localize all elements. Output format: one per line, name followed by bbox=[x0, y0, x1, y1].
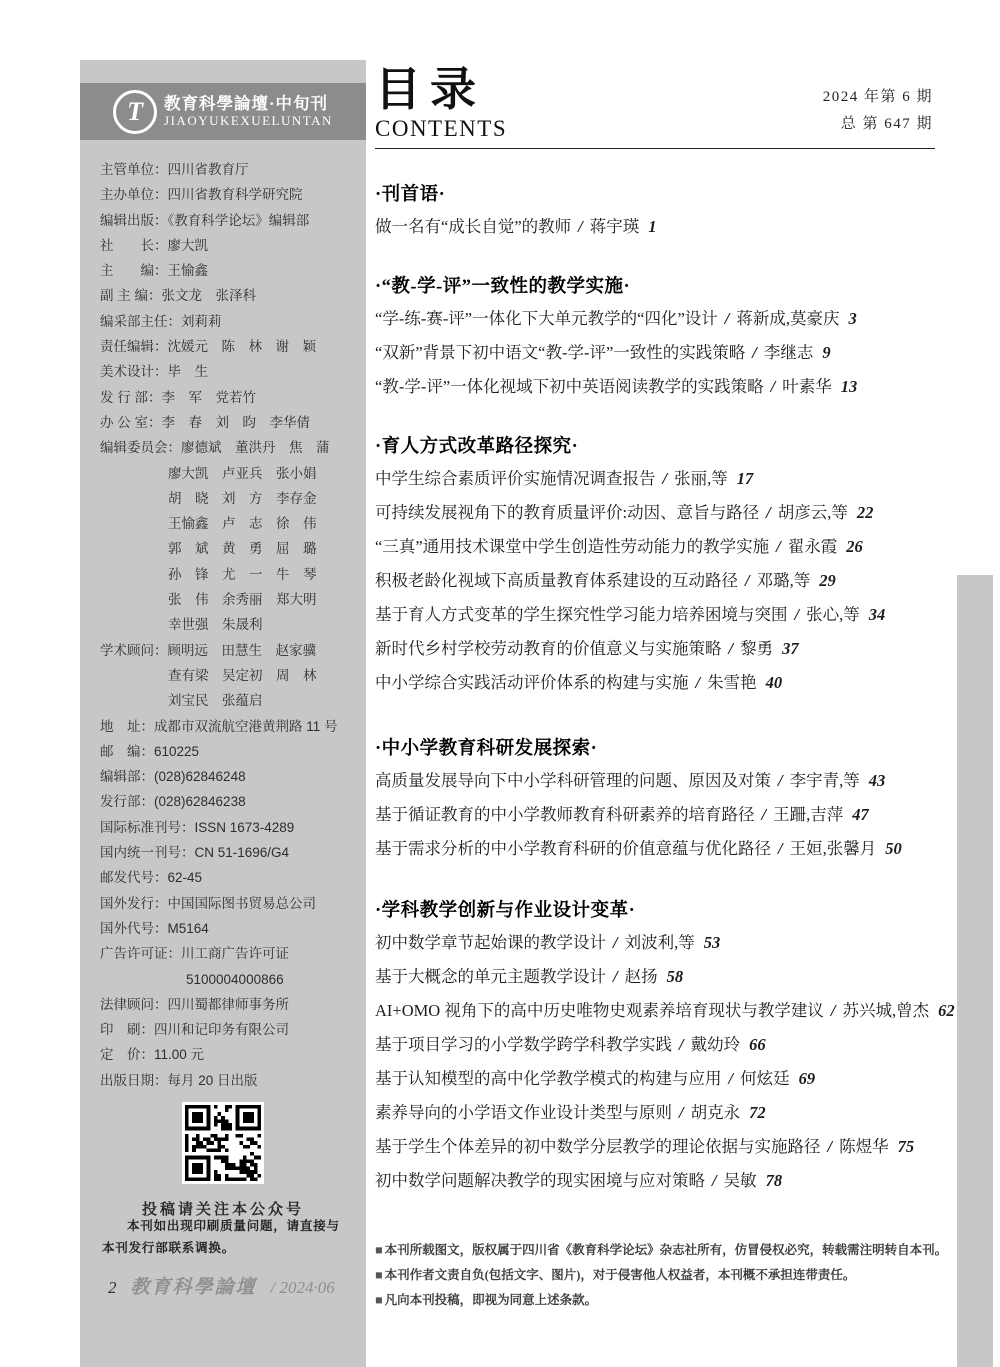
info-line: 张 伟 余秀丽 郑大明 bbox=[100, 587, 358, 612]
section-heading: ·学科教学创新与作业设计变革· bbox=[375, 896, 935, 926]
article-page-number: 58 bbox=[667, 967, 684, 986]
issue-info: 2024 年第 6 期 总 第 647 期 bbox=[823, 84, 933, 138]
info-line: 胡 晓 刘 方 李存金 bbox=[100, 486, 358, 511]
article-page-number: 34 bbox=[869, 605, 886, 624]
article-title: 做一名有“成长自觉”的教师 bbox=[375, 217, 571, 236]
toc-article: 基于学生个体差异的初中数学分层教学的理论依据与实施路径/陈煜华75 bbox=[375, 1130, 935, 1164]
info-line: 国外发行：中国国际图书贸易总公司 bbox=[100, 891, 358, 916]
article-authors: 何炫廷 bbox=[740, 1069, 790, 1088]
article-authors: 王跚,吉萍 bbox=[773, 805, 843, 824]
article-authors: 苏兴城,曾杰 bbox=[842, 1001, 929, 1020]
article-authors: 朱雪艳 bbox=[707, 673, 757, 692]
title-author-separator: / bbox=[578, 217, 583, 236]
article-authors: 张心,等 bbox=[806, 605, 860, 624]
notice-line: ■本刊作者文责自负(包括文字、图片)，对于侵害他人权益者，本刊概不承担连带责任。 bbox=[375, 1263, 935, 1288]
article-page-number: 9 bbox=[822, 343, 830, 362]
toc-article: AI+OMO 视角下的高中历史唯物史观素养培育现状与教学建议/苏兴城,曾杰62 bbox=[375, 994, 935, 1028]
info-line: 国内统一刊号：CN 51-1696/G4 bbox=[100, 840, 358, 865]
title-author-separator: / bbox=[831, 1001, 836, 1020]
info-line: 王愉鑫 卢 志 徐 伟 bbox=[100, 511, 358, 536]
article-page-number: 13 bbox=[841, 377, 858, 396]
info-line: 办 公 室：李 春 刘 昀 李华倩 bbox=[100, 410, 358, 435]
info-line: 邮发代号：62-45 bbox=[100, 865, 358, 890]
qr-code bbox=[185, 1105, 261, 1181]
article-title: 高质量发展导向下中小学科研管理的问题、原因及对策 bbox=[375, 771, 771, 790]
square-bullet-icon: ■ bbox=[375, 1268, 383, 1282]
info-line: 主管单位：四川省教育厅 bbox=[100, 157, 358, 182]
title-author-separator: / bbox=[776, 537, 781, 556]
article-title: 素养导向的小学语文作业设计类型与原则 bbox=[375, 1103, 672, 1122]
info-line: 邮 编：610225 bbox=[100, 739, 358, 764]
info-line: 主 编：王愉鑫 bbox=[100, 258, 358, 283]
title-author-separator: / bbox=[613, 967, 618, 986]
qr-block: 投稿请关注本公众号 bbox=[80, 1102, 366, 1219]
title-author-separator: / bbox=[778, 771, 783, 790]
article-title: 基于育人方式变革的学生探究性学习能力培养困境与突围 bbox=[375, 605, 788, 624]
toc-article: 基于认知模型的高中化学教学模式的构建与应用/何炫廷69 bbox=[375, 1062, 935, 1096]
info-line: 地 址：成都市双流航空港黄荆路 11 号 bbox=[100, 714, 358, 739]
info-line: 出版日期：每月 20 日出版 bbox=[100, 1068, 358, 1093]
article-authors: 戴幼玲 bbox=[691, 1035, 741, 1054]
info-line: 主办单位：四川省教育科学研究院 bbox=[100, 182, 358, 207]
toc-section: ·中小学教育科研发展探索·高质量发展导向下中小学科研管理的问题、原因及对策/李宇… bbox=[375, 734, 935, 866]
info-line: 印 刷：四川和记印务有限公司 bbox=[100, 1017, 358, 1042]
title-author-separator: / bbox=[725, 309, 730, 328]
info-line: 国外代号：M5164 bbox=[100, 916, 358, 941]
article-page-number: 62 bbox=[938, 1001, 955, 1020]
article-page-number: 78 bbox=[766, 1171, 783, 1190]
toc-article: 基于大概念的单元主题教学设计/赵扬58 bbox=[375, 960, 935, 994]
footer-issue: / 2024·06 bbox=[271, 1278, 335, 1298]
toc-article: 基于需求分析的中小学教育科研的价值意蕴与优化路径/王姮,张馨月50 bbox=[375, 832, 935, 866]
toc-article: 基于育人方式变革的学生探究性学习能力培养困境与突围/张心,等34 bbox=[375, 598, 935, 632]
toc-article: 可持续发展视角下的教育质量评价:动因、意旨与路径/胡彦云,等22 bbox=[375, 496, 935, 530]
journal-toc-page: { "masthead": { "logo_glyph": "T", "titl… bbox=[0, 0, 1000, 1367]
article-authors: 李继志 bbox=[764, 343, 814, 362]
title-author-separator: / bbox=[771, 377, 776, 396]
table-of-contents: 目录 CONTENTS 2024 年第 6 期 总 第 647 期 ·刊首语·做… bbox=[375, 60, 935, 1313]
article-title: 初中数学问题解决教学的现实困境与应对策略 bbox=[375, 1171, 705, 1190]
info-line: 发行部：(028)62846238 bbox=[100, 789, 358, 814]
article-page-number: 43 bbox=[869, 771, 886, 790]
info-line: 法律顾问：四川蜀都律师事务所 bbox=[100, 992, 358, 1017]
info-line: 学术顾问：顾明远 田慧生 赵家骥 bbox=[100, 638, 358, 663]
notice-line: ■凡向本刊投稿，即视为同意上述条款。 bbox=[375, 1288, 935, 1313]
article-authors: 翟永霞 bbox=[788, 537, 838, 556]
toc-header: 目录 CONTENTS 2024 年第 6 期 总 第 647 期 bbox=[375, 60, 935, 149]
toc-section: ·育人方式改革路径探究·中学生综合素质评价实施情况调查报告/张丽,等17可持续发… bbox=[375, 432, 935, 700]
article-page-number: 53 bbox=[704, 933, 721, 952]
toc-article: 积极老龄化视域下高质量教育体系建设的互动路径/邓璐,等29 bbox=[375, 564, 935, 598]
article-authors: 邓璐,等 bbox=[757, 571, 811, 590]
toc-article: 基于循证教育的中小学教师教育科研素养的培育路径/王跚,吉萍47 bbox=[375, 798, 935, 832]
toc-article: “双新”背景下初中语文“教-学-评”一致性的实践策略/李继志9 bbox=[375, 336, 935, 370]
article-title: 基于循证教育的中小学教师教育科研素养的培育路径 bbox=[375, 805, 755, 824]
square-bullet-icon: ■ bbox=[375, 1243, 383, 1257]
title-author-separator: / bbox=[679, 1103, 684, 1122]
article-authors: 王姮,张馨月 bbox=[790, 839, 877, 858]
info-line: 廖大凯 卢亚兵 张小娟 bbox=[100, 461, 358, 486]
article-authors: 胡彦云,等 bbox=[778, 503, 848, 522]
section-heading: ·刊首语· bbox=[375, 180, 935, 210]
info-line: 幸世强 朱晟利 bbox=[100, 612, 358, 637]
title-author-separator: / bbox=[745, 571, 750, 590]
info-line: 社 长：廖大凯 bbox=[100, 233, 358, 258]
article-title: 基于需求分析的中小学教育科研的价值意蕴与优化路径 bbox=[375, 839, 771, 858]
right-edge-bar bbox=[957, 575, 993, 1367]
article-title: “学-练-赛-评”一体化下大单元教学的“四化”设计 bbox=[375, 309, 718, 328]
journal-logo-band: T 教育科學論壇·中旬刊 JIAOYUKEXUELUNTAN bbox=[80, 83, 366, 140]
article-title: “教-学-评”一体化视域下初中英语阅读教学的实践策略 bbox=[375, 377, 764, 396]
article-page-number: 22 bbox=[857, 503, 874, 522]
article-title: 基于大概念的单元主题教学设计 bbox=[375, 967, 606, 986]
article-title: 可持续发展视角下的教育质量评价:动因、意旨与路径 bbox=[375, 503, 759, 522]
toc-article: 初中数学章节起始课的教学设计/刘波利,等53 bbox=[375, 926, 935, 960]
toc-article: “学-练-赛-评”一体化下大单元教学的“四化”设计/蒋新成,莫豪庆3 bbox=[375, 302, 935, 336]
info-line: 美术设计：毕 生 bbox=[100, 359, 358, 384]
article-title: 基于学生个体差异的初中数学分层教学的理论依据与实施路径 bbox=[375, 1137, 821, 1156]
journal-logo-icon: T bbox=[113, 90, 157, 134]
article-title: AI+OMO 视角下的高中历史唯物史观素养培育现状与教学建议 bbox=[375, 1001, 824, 1020]
toc-article: 做一名有“成长自觉”的教师/蒋宇瑛1 bbox=[375, 210, 935, 244]
article-title: 积极老龄化视域下高质量教育体系建设的互动路径 bbox=[375, 571, 738, 590]
section-heading: ·中小学教育科研发展探索· bbox=[375, 734, 935, 764]
article-title: 基于项目学习的小学数学跨学科教学实践 bbox=[375, 1035, 672, 1054]
title-author-separator: / bbox=[729, 639, 734, 658]
article-title: 基于认知模型的高中化学教学模式的构建与应用 bbox=[375, 1069, 722, 1088]
title-author-separator: / bbox=[663, 469, 668, 488]
toc-section: ·学科教学创新与作业设计变革·初中数学章节起始课的教学设计/刘波利,等53基于大… bbox=[375, 896, 935, 1198]
square-bullet-icon: ■ bbox=[375, 1293, 383, 1307]
title-author-separator: / bbox=[729, 1069, 734, 1088]
article-page-number: 40 bbox=[766, 673, 783, 692]
article-title: 新时代乡村学校劳动教育的价值意义与实施策略 bbox=[375, 639, 722, 658]
copyright-notices: ■本刊所载图文，版权属于四川省《教育科学论坛》杂志社所有，仿冒侵权必究，转载需注… bbox=[375, 1238, 935, 1313]
article-title: 初中数学章节起始课的教学设计 bbox=[375, 933, 606, 952]
article-authors: 刘波利,等 bbox=[625, 933, 695, 952]
toc-article: 高质量发展导向下中小学科研管理的问题、原因及对策/李宇青,等43 bbox=[375, 764, 935, 798]
page-footer: 2 教育科學論壇 / 2024·06 bbox=[108, 1272, 335, 1299]
masthead-sidebar: T 教育科學論壇·中旬刊 JIAOYUKEXUELUNTAN 主管单位：四川省教… bbox=[80, 60, 366, 1367]
article-page-number: 29 bbox=[819, 571, 836, 590]
article-authors: 叶素华 bbox=[782, 377, 832, 396]
info-line: 编辑部：(028)62846248 bbox=[100, 764, 358, 789]
title-author-separator: / bbox=[752, 343, 757, 362]
title-author-separator: / bbox=[712, 1171, 717, 1190]
page-number: 2 bbox=[108, 1278, 117, 1298]
info-line: 广告许可证：川工商广告许可证 bbox=[100, 941, 358, 966]
article-title: “三真”通用技术课堂中学生创造性劳动能力的教学实施 bbox=[375, 537, 769, 556]
article-page-number: 17 bbox=[737, 469, 754, 488]
journal-logo-subtitle: JIAOYUKEXUELUNTAN bbox=[164, 114, 333, 129]
journal-logo-title: 教育科學論壇·中旬刊 bbox=[164, 95, 333, 114]
article-page-number: 37 bbox=[782, 639, 799, 658]
title-author-separator: / bbox=[766, 503, 771, 522]
info-line: 编辑委员会：廖德斌 董洪丹 焦 蒲 bbox=[100, 435, 358, 460]
article-page-number: 50 bbox=[885, 839, 902, 858]
article-authors: 蒋宇瑛 bbox=[590, 217, 640, 236]
info-line: 编采部主任：刘莉莉 bbox=[100, 309, 358, 334]
article-page-number: 1 bbox=[648, 217, 656, 236]
article-authors: 陈煜华 bbox=[839, 1137, 889, 1156]
info-line: 发 行 部：李 军 党若竹 bbox=[100, 385, 358, 410]
info-line: 刘宝民 张蕴启 bbox=[100, 688, 358, 713]
issue-line-total: 总 第 647 期 bbox=[823, 111, 933, 138]
issue-line-year: 2024 年第 6 期 bbox=[823, 84, 933, 111]
print-quality-notice: 本刊如出现印刷质量问题，请直接与本刊发行部联系调换。 bbox=[102, 1215, 348, 1259]
toc-section: ·“教-学-评”一致性的教学实施·“学-练-赛-评”一体化下大单元教学的“四化”… bbox=[375, 272, 935, 404]
title-author-separator: / bbox=[679, 1035, 684, 1054]
article-title: 中小学综合实践活动评价体系的构建与实施 bbox=[375, 673, 689, 692]
article-authors: 蒋新成,莫豪庆 bbox=[736, 309, 839, 328]
toc-article: 基于项目学习的小学数学跨学科教学实践/戴幼玲66 bbox=[375, 1028, 935, 1062]
info-line: 郭 斌 黄 勇 屈 璐 bbox=[100, 536, 358, 561]
publication-info-list: 主管单位：四川省教育厅主办单位：四川省教育科学研究院编辑出版：《教育科学论坛》编… bbox=[100, 157, 358, 1093]
info-line: 编辑出版：《教育科学论坛》编辑部 bbox=[100, 208, 358, 233]
title-author-separator: / bbox=[795, 605, 800, 624]
info-line: 国际标准刊号：ISSN 1673-4289 bbox=[100, 815, 358, 840]
article-page-number: 75 bbox=[898, 1137, 915, 1156]
article-page-number: 66 bbox=[749, 1035, 766, 1054]
info-line: 定 价：11.00 元 bbox=[100, 1042, 358, 1067]
info-line: 孙 锋 尤 一 牛 琴 bbox=[100, 562, 358, 587]
article-page-number: 69 bbox=[799, 1069, 816, 1088]
section-heading: ·“教-学-评”一致性的教学实施· bbox=[375, 272, 935, 302]
toc-article: 中学生综合素质评价实施情况调查报告/张丽,等17 bbox=[375, 462, 935, 496]
toc-article: 初中数学问题解决教学的现实困境与应对策略/吴敏78 bbox=[375, 1164, 935, 1198]
toc-article: “教-学-评”一体化视域下初中英语阅读教学的实践策略/叶素华13 bbox=[375, 370, 935, 404]
info-line: 查有梁 吴定初 周 林 bbox=[100, 663, 358, 688]
title-author-separator: / bbox=[828, 1137, 833, 1156]
article-page-number: 47 bbox=[852, 805, 869, 824]
toc-article: 新时代乡村学校劳动教育的价值意义与实施策略/黎勇37 bbox=[375, 632, 935, 666]
toc-section: ·刊首语·做一名有“成长自觉”的教师/蒋宇瑛1 bbox=[375, 180, 935, 244]
article-authors: 吴敏 bbox=[724, 1171, 757, 1190]
title-author-separator: / bbox=[613, 933, 618, 952]
article-authors: 李宇青,等 bbox=[790, 771, 860, 790]
footer-journal-name: 教育科學論壇 bbox=[131, 1272, 257, 1299]
article-page-number: 3 bbox=[849, 309, 857, 328]
toc-article: “三真”通用技术课堂中学生创造性劳动能力的教学实施/翟永霞26 bbox=[375, 530, 935, 564]
journal-logo-text: 教育科學論壇·中旬刊 JIAOYUKEXUELUNTAN bbox=[164, 95, 333, 129]
article-authors: 张丽,等 bbox=[674, 469, 728, 488]
title-author-separator: / bbox=[778, 839, 783, 858]
section-heading: ·育人方式改革路径探究· bbox=[375, 432, 935, 462]
title-author-separator: / bbox=[696, 673, 701, 692]
info-line: 责任编辑：沈媛元 陈 林 谢 颖 bbox=[100, 334, 358, 359]
article-title: 中学生综合素质评价实施情况调查报告 bbox=[375, 469, 656, 488]
article-authors: 黎勇 bbox=[740, 639, 773, 658]
toc-article: 素养导向的小学语文作业设计类型与原则/胡克永72 bbox=[375, 1096, 935, 1130]
title-author-separator: / bbox=[762, 805, 767, 824]
toc-article: 中小学综合实践活动评价体系的构建与实施/朱雪艳40 bbox=[375, 666, 935, 700]
article-authors: 赵扬 bbox=[625, 967, 658, 986]
info-line: 5100004000866 bbox=[100, 967, 358, 992]
article-authors: 胡克永 bbox=[691, 1103, 741, 1122]
article-page-number: 26 bbox=[846, 537, 863, 556]
notice-line: ■本刊所载图文，版权属于四川省《教育科学论坛》杂志社所有，仿冒侵权必究，转载需注… bbox=[375, 1238, 935, 1263]
article-title: “双新”背景下初中语文“教-学-评”一致性的实践策略 bbox=[375, 343, 745, 362]
article-page-number: 72 bbox=[749, 1103, 766, 1122]
toc-sections: ·刊首语·做一名有“成长自觉”的教师/蒋宇瑛1·“教-学-评”一致性的教学实施·… bbox=[375, 180, 935, 1198]
info-line: 副 主 编：张文龙 张泽科 bbox=[100, 283, 358, 308]
qr-code-frame bbox=[182, 1102, 264, 1184]
